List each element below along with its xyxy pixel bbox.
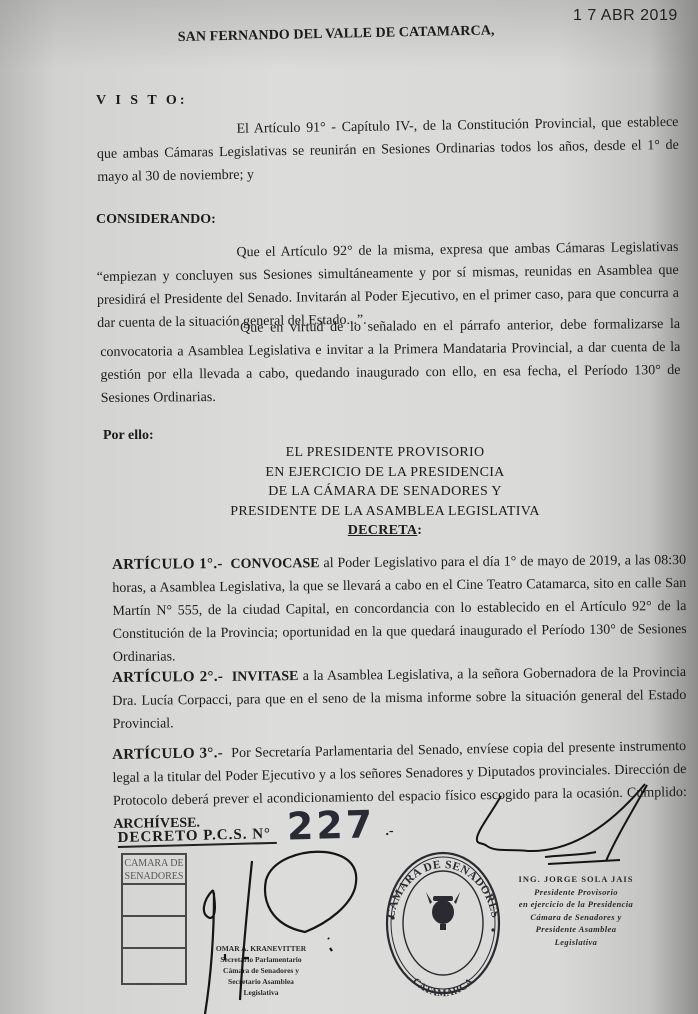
registry-box-header: CAMARA DE SENADORES <box>123 855 185 885</box>
article-verb: CONVOCASE <box>230 556 319 572</box>
article-label: ARTÍCULO 1°.- <box>112 556 223 573</box>
authority-block: EL PRESIDENTE PROVISORIO EN EJERCICIO DE… <box>180 443 590 541</box>
article-verb: INVITASE <box>232 669 299 685</box>
authority-line: PRESIDENTE DE LA ASAMBLEA LEGISLATIVA <box>180 502 590 522</box>
registry-box-cell <box>123 949 185 981</box>
considerando-text-2: Que en virtud de lo señalado en el párra… <box>100 317 680 406</box>
date-stamp: 1 7 ABR 2019 <box>573 7 678 25</box>
header-city: SAN FERNANDO DEL VALLE DE CATAMARCA, <box>178 23 495 46</box>
signature-block-president: ING. JORGE SOLA JAIS Presidente Provisor… <box>496 873 656 949</box>
registry-stamp-box: CAMARA DE SENADORES <box>121 853 187 985</box>
signature-block-secretary: OMAR A. KRANEVITTER Secretario Parlament… <box>206 943 316 998</box>
seal-top-text: CAMARA DE SENADORES <box>385 859 501 919</box>
decreta-heading: DECRETA <box>348 523 418 538</box>
svg-text:CATAMARCA: CATAMARCA <box>410 976 476 999</box>
svg-text:CAMARA DE SENADORES: CAMARA DE SENADORES <box>385 859 501 919</box>
article-label: ARTÍCULO 2°.- <box>112 669 223 686</box>
official-seal: CAMARA DE SENADORES CATAMARCA <box>385 853 501 999</box>
decreta-line: DECRETA: <box>180 521 590 541</box>
article-1: ARTÍCULO 1°.- CONVOCASE al Poder Legisla… <box>112 549 687 669</box>
signatory-name: OMAR A. KRANEVITTER <box>206 943 316 954</box>
article-2: ARTÍCULO 2°.- INVITASE a la Asamblea Leg… <box>112 661 687 736</box>
article-label: ARTÍCULO 3°.- <box>112 745 223 763</box>
signatory-name: ING. JORGE SOLA JAIS <box>496 873 656 886</box>
decreto-number-line: DECRETO P.C.S. N°227.- <box>117 800 394 851</box>
registry-box-cell <box>123 885 185 917</box>
authority-line: EN EJERCICIO DE LA PRESIDENCIA <box>180 463 590 483</box>
considerando-paragraph-2: Que en virtud de lo señalado en el párra… <box>100 313 681 410</box>
visto-text: El Artículo 91° - Capítulo IV-, de la Co… <box>97 115 679 185</box>
decreto-label: DECRETO P.C.S. N° <box>117 826 277 848</box>
por-ello-heading: Por ello: <box>103 428 154 444</box>
decreto-number: 227 <box>286 802 375 848</box>
authority-line: DE LA CÁMARA DE SENADORES Y <box>180 482 590 502</box>
seal-bottom-text: CATAMARCA <box>410 976 476 999</box>
authority-line: EL PRESIDENTE PROVISORIO <box>180 443 590 463</box>
visto-paragraph: El Artículo 91° - Capítulo IV-, de la Co… <box>96 88 679 189</box>
coat-of-arms-icon <box>426 892 460 930</box>
registry-box-cell <box>123 917 185 949</box>
